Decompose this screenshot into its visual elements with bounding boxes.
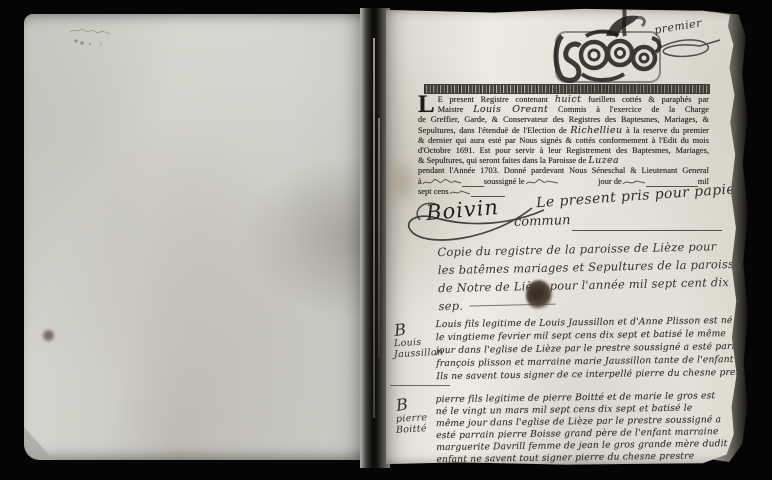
printed-line: & Sepultures, qui seront faites dans la … bbox=[418, 156, 709, 166]
printed-line: & dernier qui aura esté par Nous signés … bbox=[418, 136, 709, 146]
printed-line: de Greffier, Garde, & Conservateur des R… bbox=[418, 115, 709, 125]
ink-blot bbox=[526, 280, 552, 310]
handwritten-fill: huict bbox=[555, 94, 581, 105]
right-page: premier L E present Registre contenant h… bbox=[386, 8, 746, 466]
printed-line: Sepultures, dans l'étenduë de l'Election… bbox=[418, 126, 709, 136]
printed-line: E present Registre contenant huict fueil… bbox=[418, 95, 709, 105]
page-edge-sliver bbox=[378, 118, 380, 358]
binding-gutter bbox=[360, 8, 390, 468]
handwritten-note-line2: commun bbox=[514, 213, 571, 230]
register-scan-photo: premier L E present Registre contenant h… bbox=[0, 0, 772, 480]
page-edge-sliver bbox=[373, 38, 375, 418]
printed-line: Maistre Louis Oreant Commis à l'exercice… bbox=[418, 105, 709, 115]
printed-line: pendant l'Année 1703. Donné pardevant No… bbox=[418, 166, 709, 176]
drop-cap: L bbox=[418, 95, 438, 115]
blank-rule bbox=[572, 229, 722, 231]
left-page-blank bbox=[24, 14, 366, 460]
printed-register-text: L E present Registre contenant huict fue… bbox=[418, 95, 709, 197]
blank-rule bbox=[462, 185, 484, 187]
printed-line: d'Octobre 1691. Est pour servir à leur R… bbox=[418, 146, 709, 156]
copy-heading: Copie du registre de la paroisse de Lièz… bbox=[437, 237, 738, 315]
illegible-scrawl bbox=[422, 178, 462, 187]
handwritten-fill: Louis Oreant bbox=[473, 104, 548, 115]
illegible-scrawl bbox=[525, 178, 559, 187]
ink-spot bbox=[42, 328, 55, 343]
handwritten-fill: Richellieu bbox=[570, 125, 622, 136]
faint-scribble bbox=[66, 24, 132, 54]
entry2-margin: B pierre Boitté bbox=[396, 394, 427, 435]
entry1-text: Louis fils legitime de Louis Jaussillon … bbox=[436, 314, 747, 383]
entry2-text: pierre fils legitime de pierre Boitté et… bbox=[436, 390, 747, 466]
folded-corner bbox=[24, 426, 54, 460]
illegible-scrawl bbox=[622, 178, 646, 187]
entry-separator-rule bbox=[390, 385, 450, 386]
margin-name: Boitté bbox=[396, 423, 428, 436]
handwritten-fill: Luzea bbox=[588, 156, 619, 166]
paraph-flourish bbox=[644, 34, 724, 62]
ornamental-border-band bbox=[424, 84, 710, 94]
